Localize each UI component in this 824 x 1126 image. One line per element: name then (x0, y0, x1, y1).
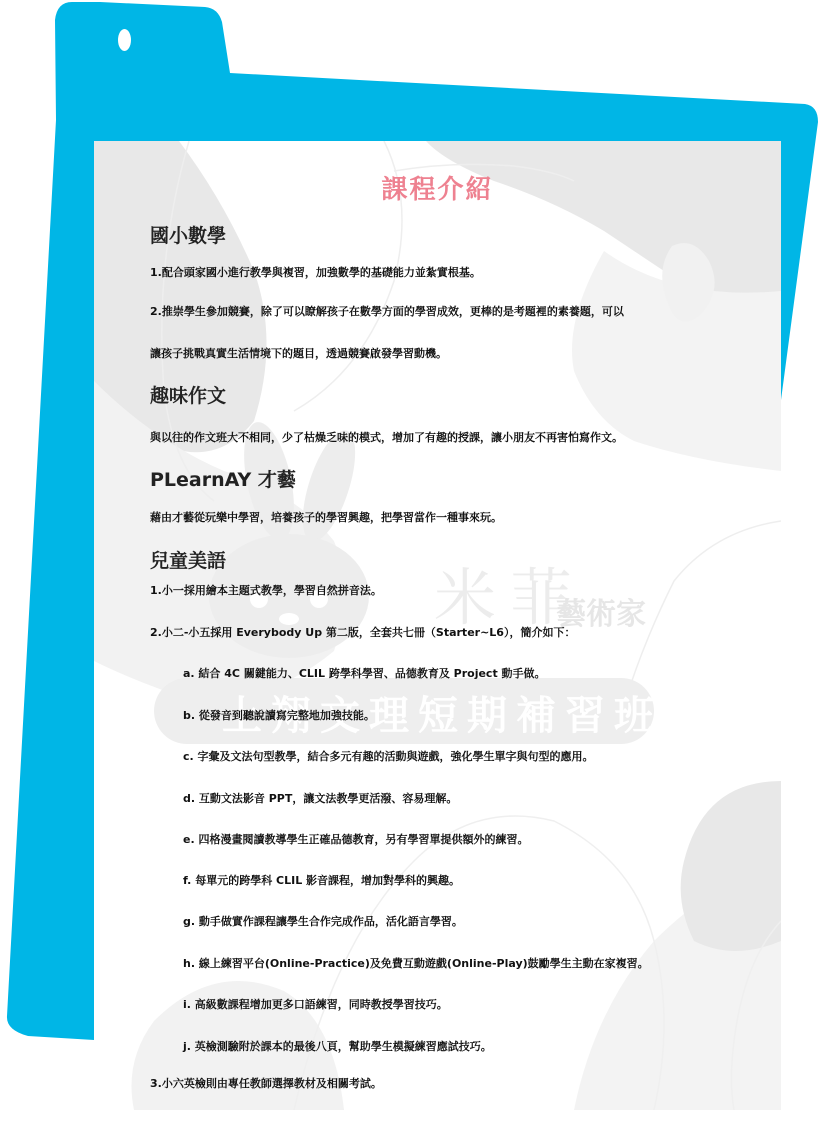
page-title: 課程介紹 (94, 169, 781, 206)
math-line-2: 2.推崇學生參加競賽，除了可以瞭解孩子在數學方面的學習成效，更棒的是考題裡的素養… (150, 303, 624, 319)
course-content: 課程介紹 國小數學 1.配合頭家國小進行教學與複習，加強數學的基礎能力並紮實根基… (94, 141, 781, 1110)
english-sub-item-e: e. 四格漫畫閱讀教導學生正確品德教育，另有學習單提供額外的練習。 (183, 831, 528, 847)
english-sub-item-i: i. 高級數課程增加更多口語練習，同時教授學習技巧。 (183, 996, 448, 1012)
section-heading-composition: 趣味作文 (150, 381, 226, 408)
section-heading-talent: PLearnAY 才藝 (150, 465, 296, 492)
english-closing-line: 3.小六英檢則由專任教師選擇教材及相關考試。 (150, 1075, 382, 1091)
section-heading-english: 兒童美語 (150, 546, 226, 573)
english-sub-item-g: g. 動手做實作課程讓學生合作完成作品，活化語言學習。 (183, 913, 463, 929)
folder-hole-icon (118, 29, 131, 51)
english-sub-item-h: h. 線上練習平台(Online-Practice)及免費互動遊戲(Online… (183, 955, 649, 971)
english-line-1: 1.小一採用繪本主題式教學，學習自然拼音法。 (150, 582, 382, 598)
english-sub-item-c: c. 字彙及文法句型教學，結合多元有趣的活動與遊戲，強化學生單字與句型的應用。 (183, 748, 594, 764)
english-sub-item-d: d. 互動文法影音 PPT，讓文法教學更活潑、容易理解。 (183, 790, 457, 806)
math-line-1: 1.配合頭家國小進行教學與複習，加強數學的基礎能力並紮實根基。 (150, 264, 481, 280)
english-sub-item-f: f. 每單元的跨學科 CLIL 影音課程，增加對學科的興趣。 (183, 872, 460, 888)
math-line-3: 讓孩子挑戰真實生活情境下的題目，透過競賽啟發學習動機。 (150, 345, 447, 361)
talent-line-1: 藉由才藝從玩樂中學習，培養孩子的學習興趣，把學習當作一種事來玩。 (150, 509, 502, 525)
english-sub-item-b: b. 從發音到聽說讀寫完整地加強技能。 (183, 707, 375, 723)
english-line-2: 2.小二-小五採用 Everybody Up 第二版，全套共七冊（Starter… (150, 624, 575, 640)
section-heading-math: 國小數學 (150, 221, 226, 248)
english-sub-item-a: a. 結合 4C 關鍵能力、CLIL 跨學科學習、品德教育及 Project 動… (183, 665, 546, 681)
english-sub-item-j: j. 英檢測驗附於課本的最後八頁，幫助學生模擬練習應試技巧。 (183, 1038, 492, 1054)
course-intro-card: 米菲 藝術家 上翔文理短期補習班 課程介紹 國小數學 1.配合頭家國小進行教學與… (94, 141, 781, 1110)
composition-line-1: 與以往的作文班大不相同，少了枯燥乏味的模式，增加了有趣的授課，讓小朋友不再害怕寫… (150, 429, 623, 445)
